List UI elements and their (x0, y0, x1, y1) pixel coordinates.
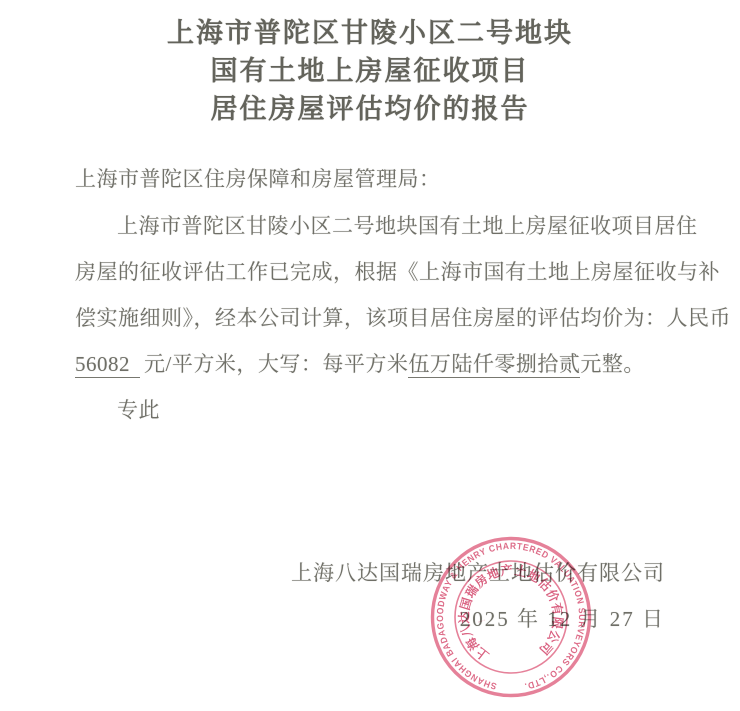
body-paragraph: 上海市普陀区甘陵小区二号地块国有土地上房屋征收项目居住 房屋的征收评估工作已完成… (75, 203, 665, 433)
signature-date: 2025 年 12 月 27 日 (291, 596, 665, 642)
salutation: 上海市普陀区住房保障和房屋管理局： (75, 156, 665, 202)
signature-block: 上海八达国瑞房地产土地估价有限公司 2025 年 12 月 27 日 (291, 550, 665, 642)
price-unit-text: 元/平方米，大写：每平方米 (144, 352, 408, 376)
title-line-1: 上海市普陀区甘陵小区二号地块 (0, 14, 740, 52)
appraisal-price-numeric: 56082 (75, 352, 140, 378)
appraisal-price-capital: 伍万陆仟零捌拾贰 (408, 352, 580, 378)
title-line-3: 居住房屋评估均价的报告 (0, 90, 740, 128)
paragraph-line-2: 房屋的征收评估工作已完成，根据《上海市国有土地上房屋征收与补 (75, 249, 665, 295)
document-title: 上海市普陀区甘陵小区二号地块 国有土地上房屋征收项目 居住房屋评估均价的报告 (0, 14, 740, 128)
closing-phrase: 专此 (75, 387, 665, 433)
paragraph-line-3: 偿实施细则》，经本公司计算，该项目居住房屋的评估均价为：人民币 (75, 295, 665, 341)
company-name: 上海八达国瑞房地产土地估价有限公司 (291, 550, 665, 596)
paragraph-line-4: 56082元/平方米，大写：每平方米伍万陆仟零捌拾贰元整。 (75, 341, 665, 387)
paragraph-line-1: 上海市普陀区甘陵小区二号地块国有土地上房屋征收项目居住 (75, 203, 665, 249)
document-page: 上海市普陀区甘陵小区二号地块 国有土地上房屋征收项目 居住房屋评估均价的报告 上… (0, 0, 740, 711)
price-tail-text: 元整。 (580, 352, 645, 376)
title-line-2: 国有土地上房屋征收项目 (0, 52, 740, 90)
